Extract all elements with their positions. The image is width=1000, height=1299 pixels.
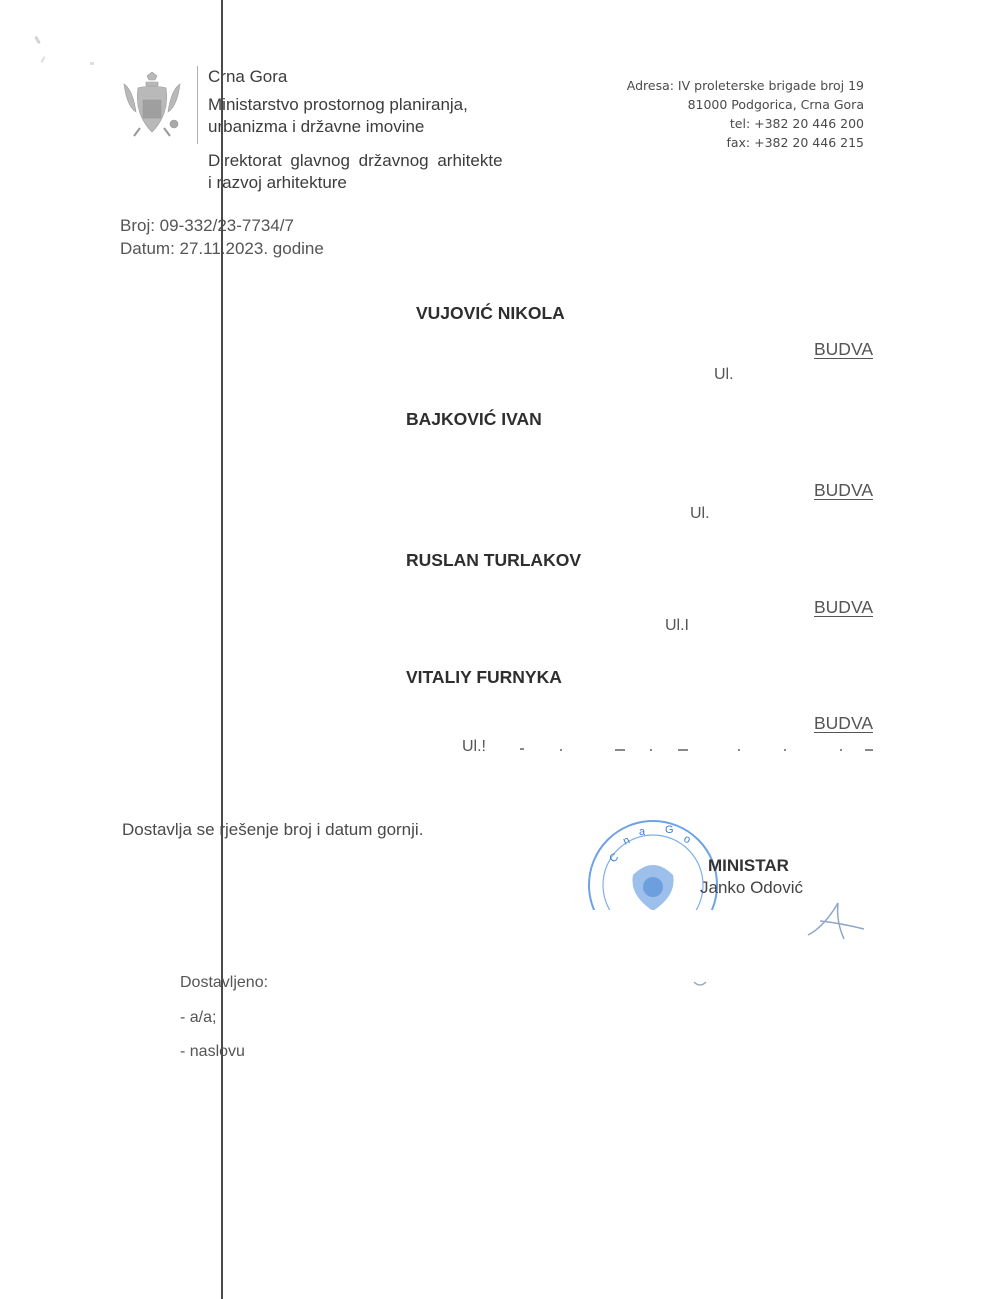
delivered-item: - a/a; [180,1009,216,1027]
recipient-city: BUDVA [814,713,873,734]
address-city: 81000 Podgorica, Crna Gora [627,95,864,114]
scan-fold-line [221,0,223,1299]
recipient-name: RUSLAN TURLAKOV [406,550,581,571]
signature-mark [692,975,708,983]
delivered-label: Dostavljeno: [180,974,268,992]
svg-text:C: C [607,851,621,865]
recipient-street: Ul. [714,366,734,384]
scan-speck [40,56,45,63]
recipient-name: VITALIY FURNYKA [406,667,562,688]
recipient-name: BAJKOVIĆ IVAN [406,409,542,430]
recipient-city: BUDVA [814,480,873,501]
svg-text:o: o [682,833,693,846]
address-line: Adresa: IV proleterske brigade broj 19 [627,76,864,95]
address-phone: tel: +382 20 446 200 [627,114,864,133]
handwritten-signature-icon [800,895,870,945]
address-block: Adresa: IV proleterske brigade broj 19 8… [627,76,864,152]
recipient-city: BUDVA [814,597,873,618]
reference-number: Broj: 09-332/23-7734/7 [120,214,294,237]
directorate-name-line1: Direktorat glavnog državnog arhitekte [208,150,503,172]
ministry-name-line1: Ministarstvo prostornog planiranja, [208,94,468,116]
coat-of-arms-icon [118,66,186,144]
recipient-street: Ul. [690,505,710,523]
svg-text:a: a [639,826,646,838]
recipient-street: Ul.I [665,617,689,635]
recipient-name: VUJOVIĆ NIKOLA [416,303,565,324]
redacted-street-remnant [500,739,875,743]
svg-text:G: G [665,824,674,836]
scan-speck [90,62,94,65]
recipient-city: BUDVA [814,339,873,360]
country-name: Crna Gora [208,66,287,88]
delivered-item: - naslovu [180,1043,245,1061]
signatory-name: Janko Odović [700,878,803,898]
body-text: Dostavlja se rješenje broj i datum gornj… [122,820,423,840]
recipient-street: Ul.! [462,738,486,756]
letterhead-divider [197,66,198,144]
signatory-title: MINISTAR [708,856,789,876]
directorate-name-line2: i razvoj arhitekture [208,172,347,194]
scan-speck [34,36,41,44]
ministry-name-line2: urbanizma i državne imovine [208,116,424,138]
address-fax: fax: +382 20 446 215 [627,133,864,152]
